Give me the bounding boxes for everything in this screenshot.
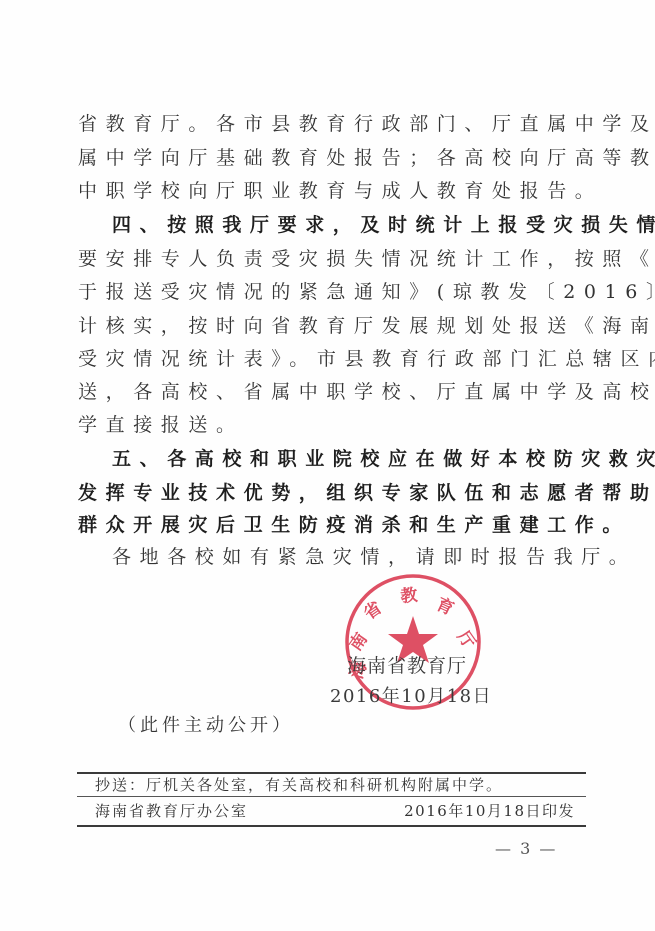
issuer-row: 海南省教育厅办公室 2016年10月18日印发	[95, 800, 575, 822]
issuer-name: 海南省教育厅办公室	[95, 802, 248, 820]
section4-line: 学直接报送。	[78, 408, 578, 442]
body-line: 省教育厅。各市县教育行政部门、厅直属中学及高校科研院校附	[78, 107, 578, 141]
signature-organization: 海南省教育厅	[347, 652, 467, 680]
section5-line: 五、各高校和职业院校应在做好本校防灾救灾工作的基础上，	[112, 442, 612, 476]
section4-line: 于报送受灾情况的紧急通知》(琼教发〔2016〕218号)，认真统	[78, 275, 578, 309]
section5-line: 群众开展灾后卫生防疫消杀和生产重建工作。	[78, 508, 578, 542]
section4-line: 受灾情况统计表》。市县教育行政部门汇总辖区内学校情况后报	[78, 342, 578, 376]
svg-text:省: 省	[360, 597, 386, 624]
closing-line: 各地各校如有紧急灾情，请即时报告我厅。	[112, 540, 612, 574]
footer-bottom-rule	[77, 825, 586, 827]
footer-middle-rule	[77, 796, 586, 797]
document-page: 省教育厅。各市县教育行政部门、厅直属中学及高校科研院校附 属中学向厅基础教育处报…	[0, 0, 655, 931]
section4-line: 送，各高校、省属中职学校、厅直属中学及高校科研院校附属中	[78, 375, 578, 409]
section4-heading: 四、按照我厅要求，及时统计上报受灾损失情况。	[112, 214, 655, 236]
section4-first-line: 四、按照我厅要求，及时统计上报受灾损失情况。各地各校	[112, 208, 612, 242]
section5-line: 发挥专业技术优势，组织专家队伍和志愿者帮助受灾地区、受灾	[78, 476, 578, 510]
issue-date: 2016年10月18日印发	[404, 800, 575, 822]
body-line: 中职学校向厅职业教育与成人教育处报告。	[78, 174, 578, 208]
body-line: 属中学向厅基础教育处报告；各高校向厅高等教育处报告；省属	[78, 141, 578, 175]
signature-date: 2016年10月18日	[330, 683, 492, 711]
page-number: — 3 —	[495, 838, 557, 860]
section4-line: 计核实，按时向省教育厅发展规划处报送《海南省教育系统台风	[78, 309, 578, 343]
svg-text:教: 教	[400, 584, 420, 606]
svg-text:厅: 厅	[452, 627, 479, 653]
section4-line: 要安排专人负责受灾损失情况统计工作，按照《海南省教育厅关	[78, 242, 578, 276]
svg-text:育: 育	[433, 593, 457, 619]
public-disclosure-note: （此件主动公开）	[118, 712, 294, 740]
cc-line: 抄送：厅机关各处室，有关高校和科研机构附属中学。	[95, 774, 575, 796]
